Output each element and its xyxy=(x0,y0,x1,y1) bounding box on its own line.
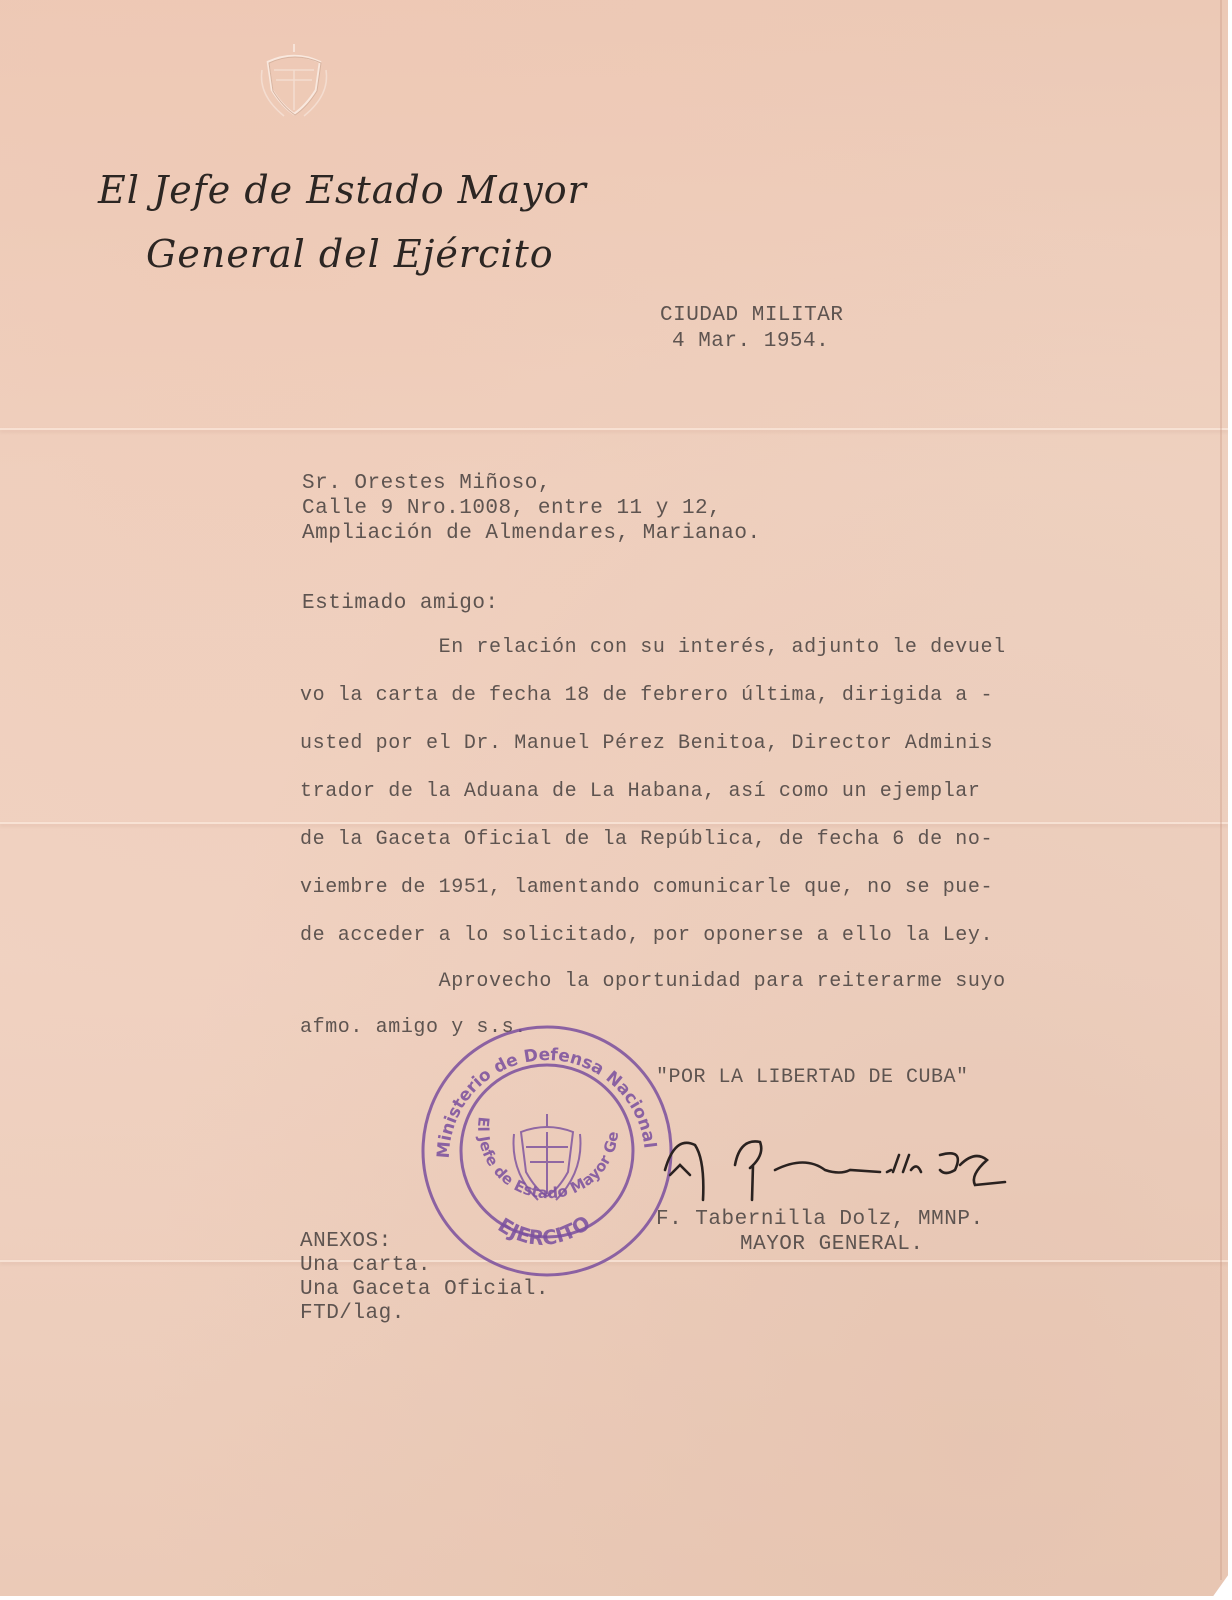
body-line: En relación con su interés, adjunto le d… xyxy=(300,636,1006,659)
signatory-name: F. Tabernilla Dolz, MMNP. xyxy=(656,1208,984,1232)
motto: "POR LA LIBERTAD DE CUBA" xyxy=(656,1066,969,1090)
paper-fold xyxy=(0,428,1228,430)
body-line: usted por el Dr. Manuel Pérez Benitoa, D… xyxy=(300,732,993,755)
paper-edge xyxy=(1220,0,1222,1580)
recipient-address-1: Calle 9 Nro.1008, entre 11 y 12, xyxy=(302,497,721,521)
official-stamp-icon: Ministerio de Defensa Nacional El Jefe d… xyxy=(418,1022,676,1280)
body-line: viembre de 1951, lamentando comunicarle … xyxy=(300,876,993,899)
body-line: de la Gaceta Oficial de la República, de… xyxy=(300,828,993,851)
paper-fold xyxy=(0,822,1228,824)
handwritten-signature xyxy=(655,1130,1015,1208)
body-line: de acceder a lo solicitado, por oponerse… xyxy=(300,924,993,947)
annex-item: Una carta. xyxy=(300,1254,431,1278)
letter-paper: El Jefe de Estado Mayor General del Ejér… xyxy=(0,0,1228,1596)
body-line: vo la carta de fecha 18 de febrero últim… xyxy=(300,684,993,707)
svg-text:EJERCITO: EJERCITO xyxy=(494,1210,595,1250)
annexes-heading: ANEXOS: xyxy=(300,1230,392,1254)
recipient-name: Sr. Orestes Miñoso, xyxy=(302,472,551,496)
salutation: Estimado amigo: xyxy=(302,592,499,616)
annex-item: Una Gaceta Oficial. xyxy=(300,1278,549,1302)
recipient-address-2: Ampliación de Almendares, Marianao. xyxy=(302,522,761,546)
signatory-title: MAYOR GENERAL. xyxy=(740,1233,923,1257)
dateline-date: 4 Mar. 1954. xyxy=(672,330,829,354)
letterhead-line-2: General del Ejército xyxy=(146,232,554,276)
body-line: Aprovecho la oportunidad para reiterarme… xyxy=(300,970,1006,993)
reference-initials: FTD/lag. xyxy=(300,1302,405,1326)
dateline-place: CIUDAD MILITAR xyxy=(660,304,843,328)
coat-of-arms-emboss-icon xyxy=(254,40,334,120)
letterhead-line-1: El Jefe de Estado Mayor xyxy=(98,168,587,212)
body-line: trador de la Aduana de La Habana, así co… xyxy=(300,780,981,803)
